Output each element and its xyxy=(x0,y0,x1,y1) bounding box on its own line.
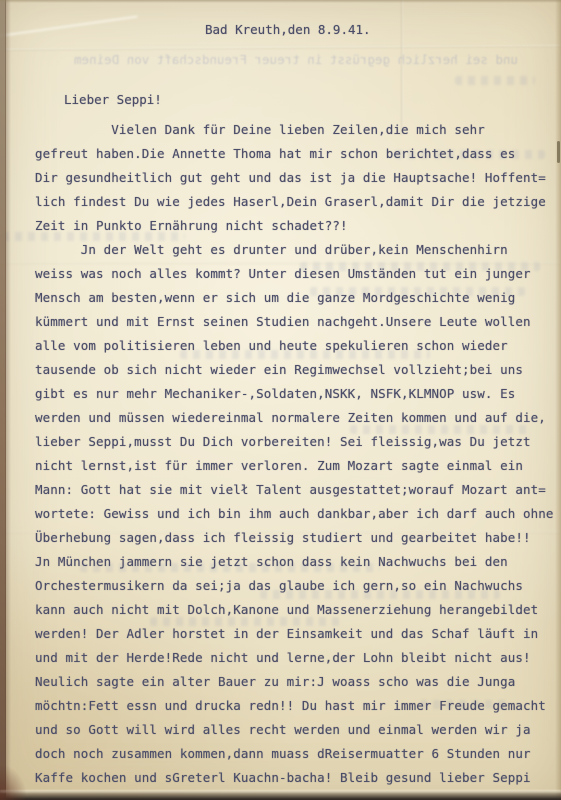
letter-line: Zeit in Punkto Ernährung nicht schadet??… xyxy=(35,214,559,238)
letter-line: weiss was noch alles kommt? Unter diesen… xyxy=(35,262,559,286)
letter-line: wortete: Gewiss und ich bin ihm auch dan… xyxy=(35,502,559,526)
letter-line: Kaffe kochen und sGreterl Kuachn-bacha! … xyxy=(35,766,559,790)
letter-line: gefreut haben.Die Annette Thoma hat mir … xyxy=(35,142,559,166)
paper-crease xyxy=(401,0,403,135)
paper-corner-stain xyxy=(0,766,26,800)
letter-line: tausende ob sich nicht wieder ein Regimw… xyxy=(35,358,559,382)
paper-edge-top xyxy=(0,0,561,3)
letter-line: Überhebung sagen,dass ich fleissig studi… xyxy=(35,526,559,550)
paper-edge-bottom-shadow xyxy=(0,790,561,800)
letter-line: Mensch am besten,wenn er sich um die gan… xyxy=(35,286,559,310)
edge-ink-mark xyxy=(557,141,560,163)
letter-line: werden und müssen wiedereinmal normalere… xyxy=(35,406,559,430)
letter-line: doch noch zusammen kommen,dann muass dRe… xyxy=(35,742,559,766)
bleedthrough-smudge xyxy=(455,76,535,85)
bleedthrough-text: und sei herzlich gegrüsst in treuer Freu… xyxy=(36,52,518,67)
letter-line: Jn München jammern sie jetzt schon dass … xyxy=(35,550,559,574)
salutation: Lieber Seppi! xyxy=(64,92,162,107)
paper-edge-right xyxy=(555,0,561,800)
letter-line: Neulich sagte ein alter Bauer zu mir:J w… xyxy=(35,670,559,694)
letter-line: Jn der Welt geht es drunter und drüber,k… xyxy=(35,238,559,262)
letter-line: werden! Der Adler horstet in der Einsamk… xyxy=(35,622,559,646)
letter-line: kümmert und mit Ernst seinen Studien nac… xyxy=(35,310,559,334)
letter-line: Orchestermusikern da sei;ja das glaube i… xyxy=(35,574,559,598)
paper-crease xyxy=(0,45,561,51)
dateline: Bad Kreuth,den 8.9.41. xyxy=(205,22,371,37)
letter-line: Vielen Dank für Deine lieben Zeilen,die … xyxy=(35,118,559,142)
letter-line: alle vom politisieren leben und heute sp… xyxy=(35,334,559,358)
paper-edge-left-shadow xyxy=(5,0,11,800)
letter-line: lich findest Du wie jedes Haserl,Dein Gr… xyxy=(35,190,559,214)
letter-page: und sei herzlich gegrüsst in treuer Freu… xyxy=(0,0,561,800)
letter-line: lieber Seppi,musst Du Dich vorbereiten! … xyxy=(35,430,559,454)
letter-line: kann auch nicht mit Dolch,Kanone und Mas… xyxy=(35,598,559,622)
letter-line: und mit der Herde!Rede nicht und lerne,d… xyxy=(35,646,559,670)
letter-line: Dir gesundheitlich gut geht und das ist … xyxy=(35,166,559,190)
letter-body: Vielen Dank für Deine lieben Zeilen,die … xyxy=(35,118,559,790)
letter-line: möchtn:Fett essn und drucka redn!! Du ha… xyxy=(35,694,559,718)
letter-line: nicht lernst,ist für immer verloren. Zum… xyxy=(35,454,559,478)
paper-crease xyxy=(0,16,137,39)
letter-line: und so Gott will wird alles recht werden… xyxy=(35,718,559,742)
letter-line: gibt es nur mehr Mechaniker-,Soldaten,NS… xyxy=(35,382,559,406)
letter-line: Mann: Gott hat sie mit vielł Talent ausg… xyxy=(35,478,559,502)
